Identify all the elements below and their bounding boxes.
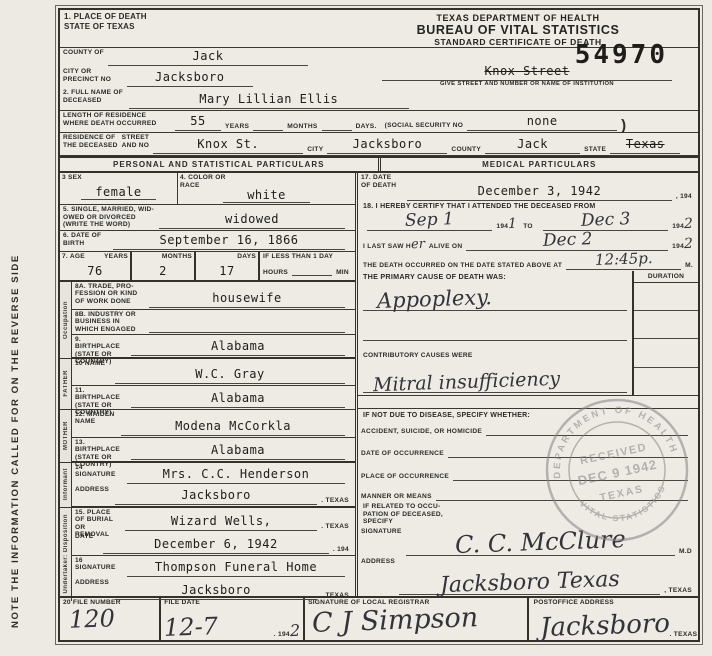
md-label: M.D (679, 548, 692, 556)
year-printed: 194 (672, 243, 684, 251)
dob-label: 6. DATE OF BIRTH (63, 231, 109, 247)
city-precinct-value: Jacksboro (155, 70, 225, 84)
age-days-value: 17 (219, 264, 234, 278)
age-years-label: YEARS (104, 253, 128, 261)
certificate-number: 54970 (575, 40, 668, 70)
trade-value: housewife (212, 291, 282, 305)
occupation-tab: Occupation (60, 282, 72, 359)
year-printed: 194 (496, 223, 508, 231)
bureau-title: BUREAU OF VITAL STATISTICS (338, 23, 698, 37)
county-value: Jack (193, 49, 224, 63)
personal-section: 3 SEX female 4. COLOR OR RACE white 5. S… (60, 173, 355, 596)
sex-label: 3 SEX (60, 173, 177, 183)
place-occurrence-label: PLACE OF OCCURRENCE (361, 473, 449, 481)
texas-suffix: . TEXAS (321, 523, 349, 531)
year-suffix: . 194 (274, 631, 290, 639)
color-race-value: white (223, 188, 310, 203)
registrar-signature-hand: C J Simpson (312, 604, 479, 637)
primary-cause-hand: Appoplexy. (377, 287, 493, 312)
years-label: YEARS (225, 123, 249, 131)
year-printed: 194 (672, 223, 684, 231)
texas-suffix: . TEXAS (321, 592, 349, 600)
residence-city-value: Jacksboro (353, 137, 423, 151)
physician-address-label: ADDRESS (361, 557, 395, 566)
trade-label: 8A. TRADE, PRO- FESSION OR KIND OF WORK … (75, 282, 145, 306)
texas-suffix: . TEXAS (321, 497, 349, 505)
undertaker-address-label: ADDRESS (75, 578, 111, 587)
undertaker-address-value: Jacksboro (181, 583, 251, 597)
postoffice-address-label: POSTOFFICE ADDRESS (534, 599, 693, 607)
informant-signature-label: 14 SIGNATURE (75, 463, 123, 479)
m-label: M. (685, 262, 693, 270)
personal-particulars-header: PERSONAL AND STATISTICAL PARTICULARS (60, 158, 378, 171)
contributory-label: CONTRIBUTORY CAUSES WERE (363, 352, 473, 359)
dob-value: September 16, 1866 (159, 233, 298, 247)
city-precinct-label: CITY OR PRECINCT NO (63, 67, 123, 83)
ssn-label: (SOCIAL SECURITY NO (385, 122, 464, 131)
death-occurred-label: THE DEATH OCCURRED ON THE DATE STATED AB… (363, 262, 562, 270)
file-number-value: 120 (69, 606, 116, 632)
related-occupation-label: IF RELATED TO OCCU- PATION OF DECEASED, … (363, 503, 463, 526)
mother-birthplace-value: Alabama (211, 443, 265, 457)
street-and-no-label: STREETAND NO (122, 134, 150, 149)
age-years-value: 76 (87, 264, 102, 278)
ssn-paren: ) (621, 121, 626, 131)
texas-suffix: , TEXAS (664, 587, 692, 595)
contributory-hand: Mitral insufficiency (373, 369, 561, 395)
days-label: DAYS. (356, 123, 377, 131)
informant-address-label: ADDRESS (75, 485, 111, 494)
length-residence-label: LENGTH OF RESIDENCE WHERE DEATH OCCURRED (63, 111, 171, 127)
fullname-label: 2. FULL NAME OF DECEASED (63, 88, 125, 104)
accident-suicide-label: ACCIDENT, SUICIDE, OR HOMICIDE (361, 428, 482, 436)
death-time-hand: 12:45p. (595, 251, 653, 268)
birthplace-value: Alabama (211, 339, 265, 353)
date-of-death-value: December 3, 1942 (478, 184, 602, 198)
father-name-value: W.C. Gray (195, 367, 265, 381)
county-label: COUNTY OF (63, 48, 104, 57)
state-of-texas-label: STATE OF TEXAS (64, 23, 334, 31)
father-name-label: 10 NAME (75, 359, 111, 368)
father-birthplace-value: Alabama (211, 391, 265, 405)
months-label: MONTHS (287, 123, 317, 131)
year-suffix: , 194 (676, 193, 692, 201)
street-value: Knox Street (485, 64, 570, 78)
undertaker-signature-value: Thompson Funeral Home (155, 560, 317, 574)
attended-to-hand: Dec 3 (580, 211, 630, 230)
file-date-value: 12-7 (164, 614, 219, 640)
residence-of-label: RESIDENCE OFTHE DECEASED (63, 134, 118, 149)
postoffice-address-hand: Jacksboro (533, 611, 670, 642)
primary-cause-label: THE PRIMARY CAUSE OF DEATH WAS: (363, 273, 627, 281)
residence-years-value: 55 (190, 114, 205, 128)
hours-label: HOURS (263, 269, 288, 277)
medical-section: 17. DATE OF DEATH December 3, 1942 , 194… (355, 173, 698, 596)
physician-signature-label: SIGNATURE (361, 527, 402, 536)
informant-address-value: Jacksboro (181, 488, 251, 502)
manner-means-label: MANNER OR MEANS (361, 493, 432, 501)
marital-value: widowed (225, 212, 279, 226)
alive-on-label: ALIVE ON (429, 243, 463, 251)
undertaker-tab: Undertaker: Disposition (60, 508, 72, 601)
date-of-death-label: 17. DATE OF DEATH (361, 173, 403, 189)
texas-suffix: . TEXAS (670, 631, 698, 639)
file-date-year-hand: 2 (290, 623, 301, 639)
street-caption: GIVE STREET AND NUMBER OR NAME OF INSTIT… (382, 81, 672, 87)
age-months-value: 2 (159, 264, 167, 278)
dept-of-health-title: TEXAS DEPARTMENT OF HEALTH (338, 13, 698, 23)
residence-state-label: STATE (584, 146, 606, 154)
age-months-label: MONTHS (132, 252, 194, 262)
last-saw-label: I LAST SAW H (363, 243, 411, 251)
if-not-disease-label: IF NOT DUE TO DISEASE, SPECIFY WHETHER: (363, 412, 693, 420)
duration-header: DURATION (634, 271, 698, 284)
if-less-than-day-label: IF LESS THAN 1 DAY (263, 253, 352, 261)
maiden-name-label: 12. MAIDEN NAME (75, 410, 117, 426)
certify-label: 18. I HEREBY CERTIFY THAT I ATTENDED THE… (363, 203, 693, 211)
to-label: TO (523, 223, 533, 231)
year-suffix: . 194 (333, 546, 349, 554)
maiden-name-value: Modena McCorkla (175, 419, 291, 433)
place-of-death-label: 1. PLACE OF DEATH (64, 13, 334, 21)
informant-signature-value: Mrs. C.C. Henderson (163, 467, 310, 481)
age-days-label: DAYS (196, 252, 258, 262)
attended-from-year-hand: 1 (508, 216, 517, 230)
certificate-form: 1. PLACE OF DEATH STATE OF TEXAS TEXAS D… (58, 8, 700, 642)
industry-label: 8B. INDUSTRY OR BUSINESS IN WHICH ENGAGE… (75, 310, 145, 334)
physician-address-hand: Jacksboro Texas (439, 569, 619, 597)
mother-tab: MOTHER (60, 410, 72, 463)
ssn-value: none (527, 114, 558, 128)
burial-date-label: DATE (75, 532, 99, 541)
attended-to-year-hand: 2 (684, 216, 693, 230)
last-saw-date-hand: Dec 2 (542, 231, 592, 250)
age-label: 7. AGE (62, 253, 85, 261)
reverse-side-note: NOTE THE INFORMATION CALLED FOR ON THE R… (10, 254, 21, 628)
residence-street-value: Knox St. (197, 137, 259, 151)
death-certificate-scan: NOTE THE INFORMATION CALLED FOR ON THE R… (0, 0, 712, 656)
father-tab: FATHER (60, 359, 72, 410)
burial-date-value: December 6, 1942 (154, 537, 278, 551)
residence-county-label: COUNTY (451, 146, 481, 154)
physician-signature-hand: C. C. McClure (455, 527, 626, 557)
medical-particulars-header: MEDICAL PARTICULARS (378, 158, 699, 171)
marital-label: 5. SINGLE, MARRIED, WID- OWED OR DIVORCE… (63, 205, 155, 229)
undertaker-signature-label: 16 SIGNATURE (75, 556, 123, 572)
date-occurrence-label: DATE OF OCCURRENCE (361, 450, 444, 458)
fullname-value: Mary Lillian Ellis (199, 92, 338, 106)
burial-place-value: Wizard Wells, (171, 514, 271, 528)
min-label: MIN (336, 269, 349, 277)
residence-city-label: CITY (307, 146, 323, 154)
residence-state-value: Texas (626, 137, 665, 151)
informant-tab: Informant (60, 463, 72, 508)
last-saw-year-hand: 2 (684, 236, 693, 250)
attended-from-hand: Sep 1 (405, 211, 454, 230)
last-saw-pronoun-hand: er (411, 237, 425, 250)
sex-value: female (81, 185, 155, 200)
residence-county-value: Jack (517, 137, 548, 151)
